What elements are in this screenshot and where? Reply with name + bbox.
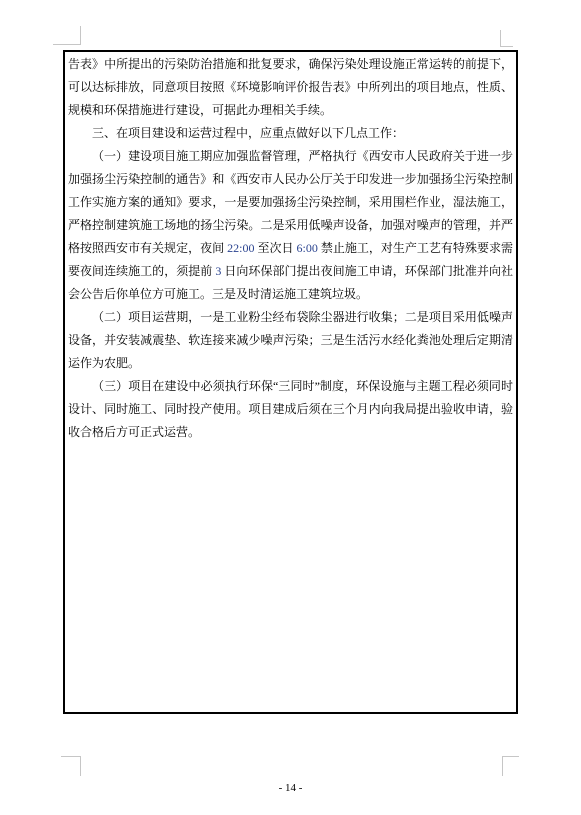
paragraph: （二）项目运营期，一是工业粉尘经布袋除尘器进行收集；二是项目采用低噪声设备，并安… — [68, 306, 513, 375]
crop-mark-bottom-left — [61, 756, 81, 776]
text-run: 至次日 — [254, 241, 296, 255]
paragraph: （一）建设项目施工期应加强监督管理，严格执行《西安市人民政府关于进一步加强扬尘污… — [68, 145, 513, 306]
crop-mark-top-right — [500, 30, 513, 47]
paragraph: 三、在项目建设和运营过程中，应重点做好以下几点工作： — [68, 122, 513, 145]
page-footer: - 14 - — [0, 781, 581, 795]
document-body: 告表》中所提出的污染防治措施和批复要求，确保污染处理设施正常运转的前提下，可以达… — [65, 52, 516, 445]
accent-number-run: 22:00 — [227, 241, 254, 255]
page-number: - 14 - — [279, 782, 303, 794]
text-run: 告表》中所提出的污染防治措施和批复要求，确保污染处理设施正常运转的前提下，可以达… — [68, 57, 513, 117]
document-border-frame: 告表》中所提出的污染防治措施和批复要求，确保污染处理设施正常运转的前提下，可以达… — [63, 50, 518, 714]
text-run: （三）项目在建设中必须执行环保“三同时”制度，环保设施与主题工程必须同时设计、同… — [68, 379, 513, 439]
text-run: （一）建设项目施工期应加强监督管理，严格执行《西安市人民政府关于进一步加强扬尘污… — [68, 149, 513, 255]
text-run: 三、在项目建设和运营过程中，应重点做好以下几点工作： — [92, 126, 404, 140]
text-run: （二）项目运营期，一是工业粉尘经布袋除尘器进行收集；二是项目采用低噪声设备，并安… — [68, 310, 513, 370]
paragraph: 告表》中所提出的污染防治措施和批复要求，确保污染处理设施正常运转的前提下，可以达… — [68, 53, 513, 122]
paragraph: （三）项目在建设中必须执行环保“三同时”制度，环保设施与主题工程必须同时设计、同… — [68, 375, 513, 444]
accent-number-run: 6:00 — [297, 241, 318, 255]
crop-mark-bottom-right — [502, 756, 519, 776]
document-page: 告表》中所提出的污染防治措施和批复要求，确保污染处理设施正常运转的前提下，可以达… — [0, 0, 581, 815]
crop-mark-top-left — [53, 26, 81, 45]
